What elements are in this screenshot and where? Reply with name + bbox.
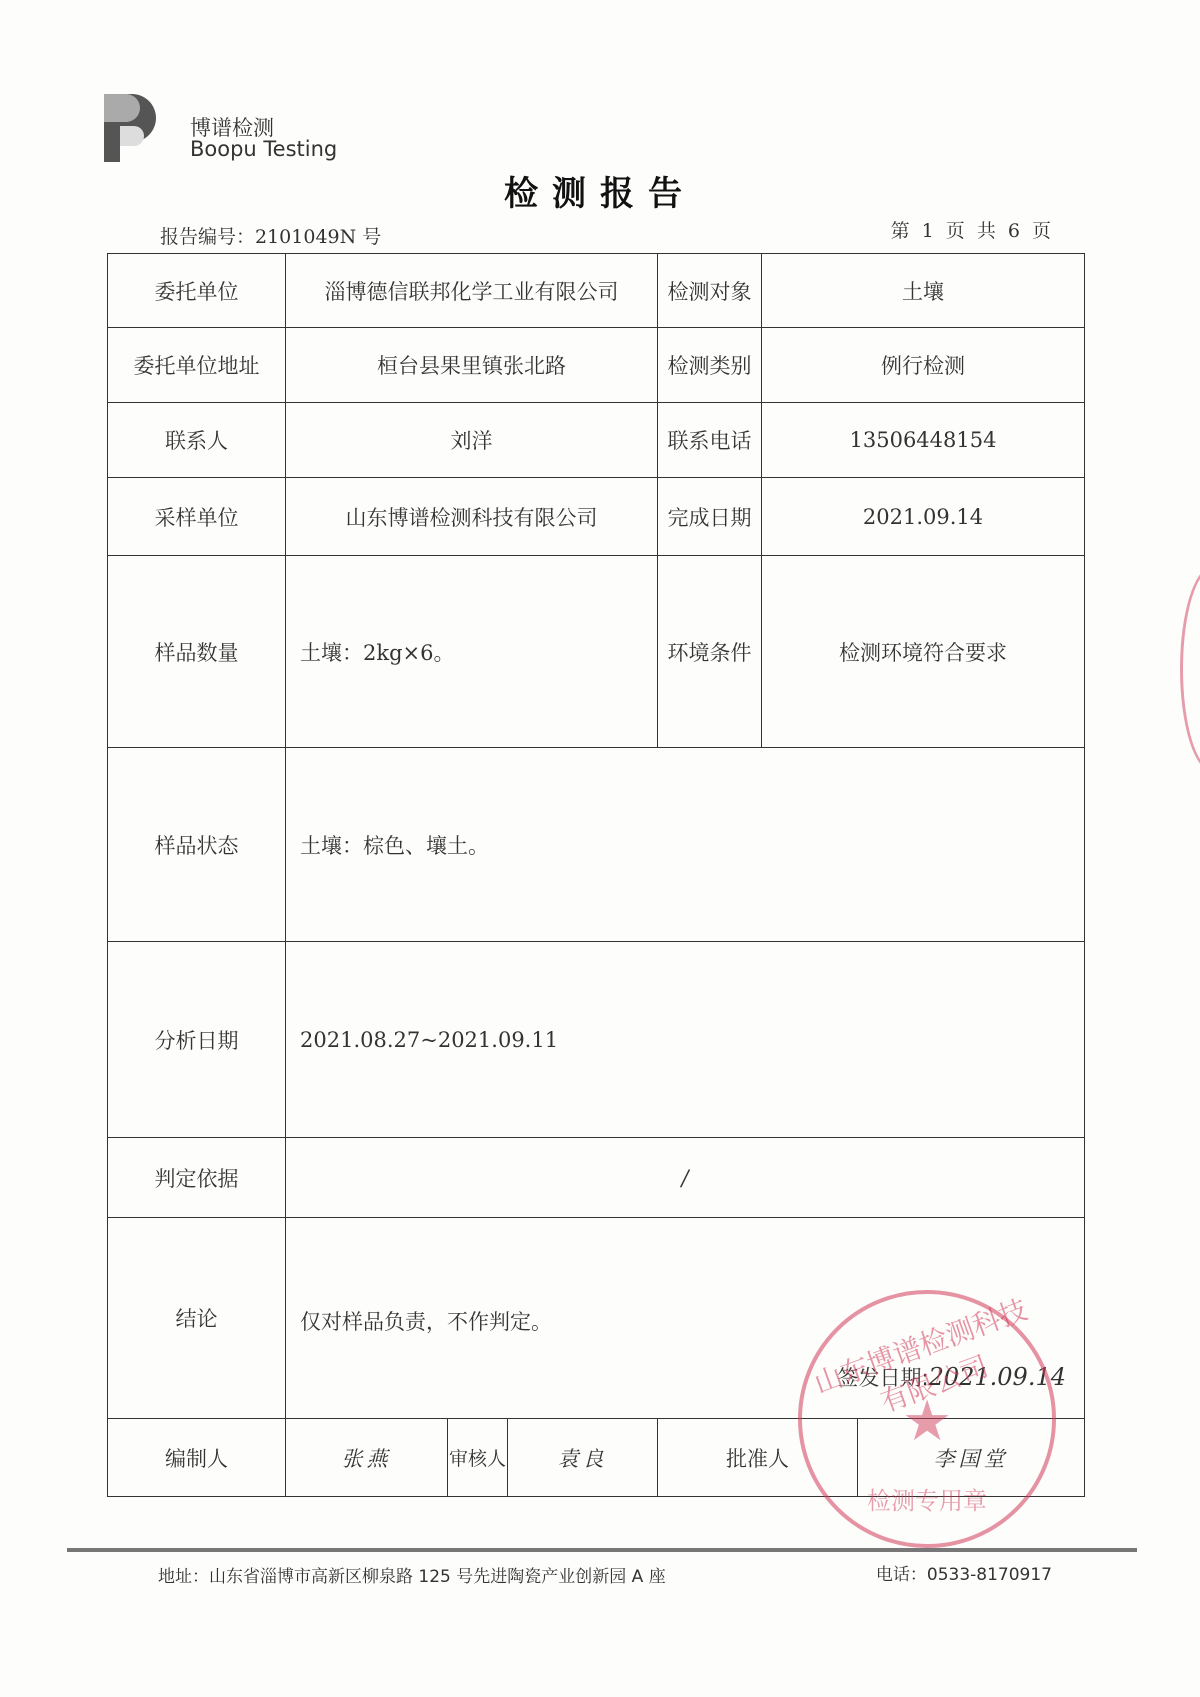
compiler-signature: 张燕 bbox=[286, 1419, 448, 1497]
sampler-value: 山东博谱检测科技有限公司 bbox=[286, 478, 658, 556]
boopu-logo-icon bbox=[96, 86, 166, 166]
table-row: 编制人 张燕 审核人 袁良 批准人 李国堂 bbox=[108, 1419, 1085, 1497]
conclusion-cell: 仅对样品负责，不作判定。 签发日期:2021.09.14 bbox=[286, 1218, 1085, 1419]
client-label: 委托单位 bbox=[108, 254, 286, 328]
category-value: 例行检测 bbox=[762, 328, 1085, 403]
phone-value: 13506448154 bbox=[762, 403, 1085, 478]
qty-label: 样品数量 bbox=[108, 556, 286, 748]
contact-value: 刘洋 bbox=[286, 403, 658, 478]
footer-phone: 电话：0533-8170917 bbox=[876, 1560, 1052, 1585]
issue-date-value: 2021.09.14 bbox=[929, 1363, 1066, 1391]
state-label: 样品状态 bbox=[108, 748, 286, 942]
report-number: 报告编号：2101049N 号 bbox=[160, 222, 381, 249]
object-value: 土壤 bbox=[762, 254, 1085, 328]
conclusion-label: 结论 bbox=[108, 1218, 286, 1419]
complete-label: 完成日期 bbox=[658, 478, 762, 556]
table-row: 采样单位 山东博谱检测科技有限公司 完成日期 2021.09.14 bbox=[108, 478, 1085, 556]
address-value: 桓台县果里镇张北路 bbox=[286, 328, 658, 403]
reviewer-label: 审核人 bbox=[448, 1419, 508, 1497]
reviewer-signature: 袁良 bbox=[508, 1419, 658, 1497]
env-value: 检测环境符合要求 bbox=[762, 556, 1085, 748]
complete-value: 2021.09.14 bbox=[762, 478, 1085, 556]
page-number: 第 1 页 共 6 页 bbox=[891, 216, 1054, 243]
contact-label: 联系人 bbox=[108, 403, 286, 478]
client-value: 淄博德信联邦化学工业有限公司 bbox=[286, 254, 658, 328]
footer-address: 地址：山东省淄博市高新区柳泉路 125 号先进陶瓷产业创新园 A 座 bbox=[158, 1562, 666, 1587]
table-row: 委托单位地址 桓台县果里镇张北路 检测类别 例行检测 bbox=[108, 328, 1085, 403]
qty-value: 土壤：2kg×6。 bbox=[286, 556, 658, 748]
conclusion-value: 仅对样品负责，不作判定。 bbox=[300, 1306, 552, 1336]
phone-label: 联系电话 bbox=[658, 403, 762, 478]
footer-divider bbox=[67, 1548, 1137, 1552]
basis-value: / bbox=[286, 1138, 1085, 1218]
analysis-label: 分析日期 bbox=[108, 942, 286, 1138]
issue-date: 签发日期:2021.09.14 bbox=[838, 1362, 1067, 1392]
table-row: 联系人 刘洋 联系电话 13506448154 bbox=[108, 403, 1085, 478]
approver-signature: 李国堂 bbox=[858, 1419, 1085, 1497]
sampler-label: 采样单位 bbox=[108, 478, 286, 556]
table-row: 委托单位 淄博德信联邦化学工业有限公司 检测对象 土壤 bbox=[108, 254, 1085, 328]
table-row: 样品状态 土壤：棕色、壤土。 bbox=[108, 748, 1085, 942]
table-row: 判定依据 / bbox=[108, 1138, 1085, 1218]
env-label: 环境条件 bbox=[658, 556, 762, 748]
edge-seal-partial bbox=[1180, 566, 1200, 772]
state-value: 土壤：棕色、壤土。 bbox=[286, 748, 1085, 942]
basis-label: 判定依据 bbox=[108, 1138, 286, 1218]
table-row: 结论 仅对样品负责，不作判定。 签发日期:2021.09.14 bbox=[108, 1218, 1085, 1419]
analysis-value: 2021.08.27~2021.09.11 bbox=[286, 942, 1085, 1138]
logo-en-text: Boopu Testing bbox=[190, 137, 337, 161]
page-title: 检测报告 bbox=[0, 166, 1200, 215]
report-table: 委托单位 淄博德信联邦化学工业有限公司 检测对象 土壤 委托单位地址 桓台县果里… bbox=[107, 253, 1085, 1497]
object-label: 检测对象 bbox=[658, 254, 762, 328]
table-row: 分析日期 2021.08.27~2021.09.11 bbox=[108, 942, 1085, 1138]
address-label: 委托单位地址 bbox=[108, 328, 286, 403]
table-row: 样品数量 土壤：2kg×6。 环境条件 检测环境符合要求 bbox=[108, 556, 1085, 748]
approver-label: 批准人 bbox=[658, 1419, 858, 1497]
compiler-label: 编制人 bbox=[108, 1419, 286, 1497]
issue-date-label: 签发日期: bbox=[838, 1366, 929, 1390]
category-label: 检测类别 bbox=[658, 328, 762, 403]
